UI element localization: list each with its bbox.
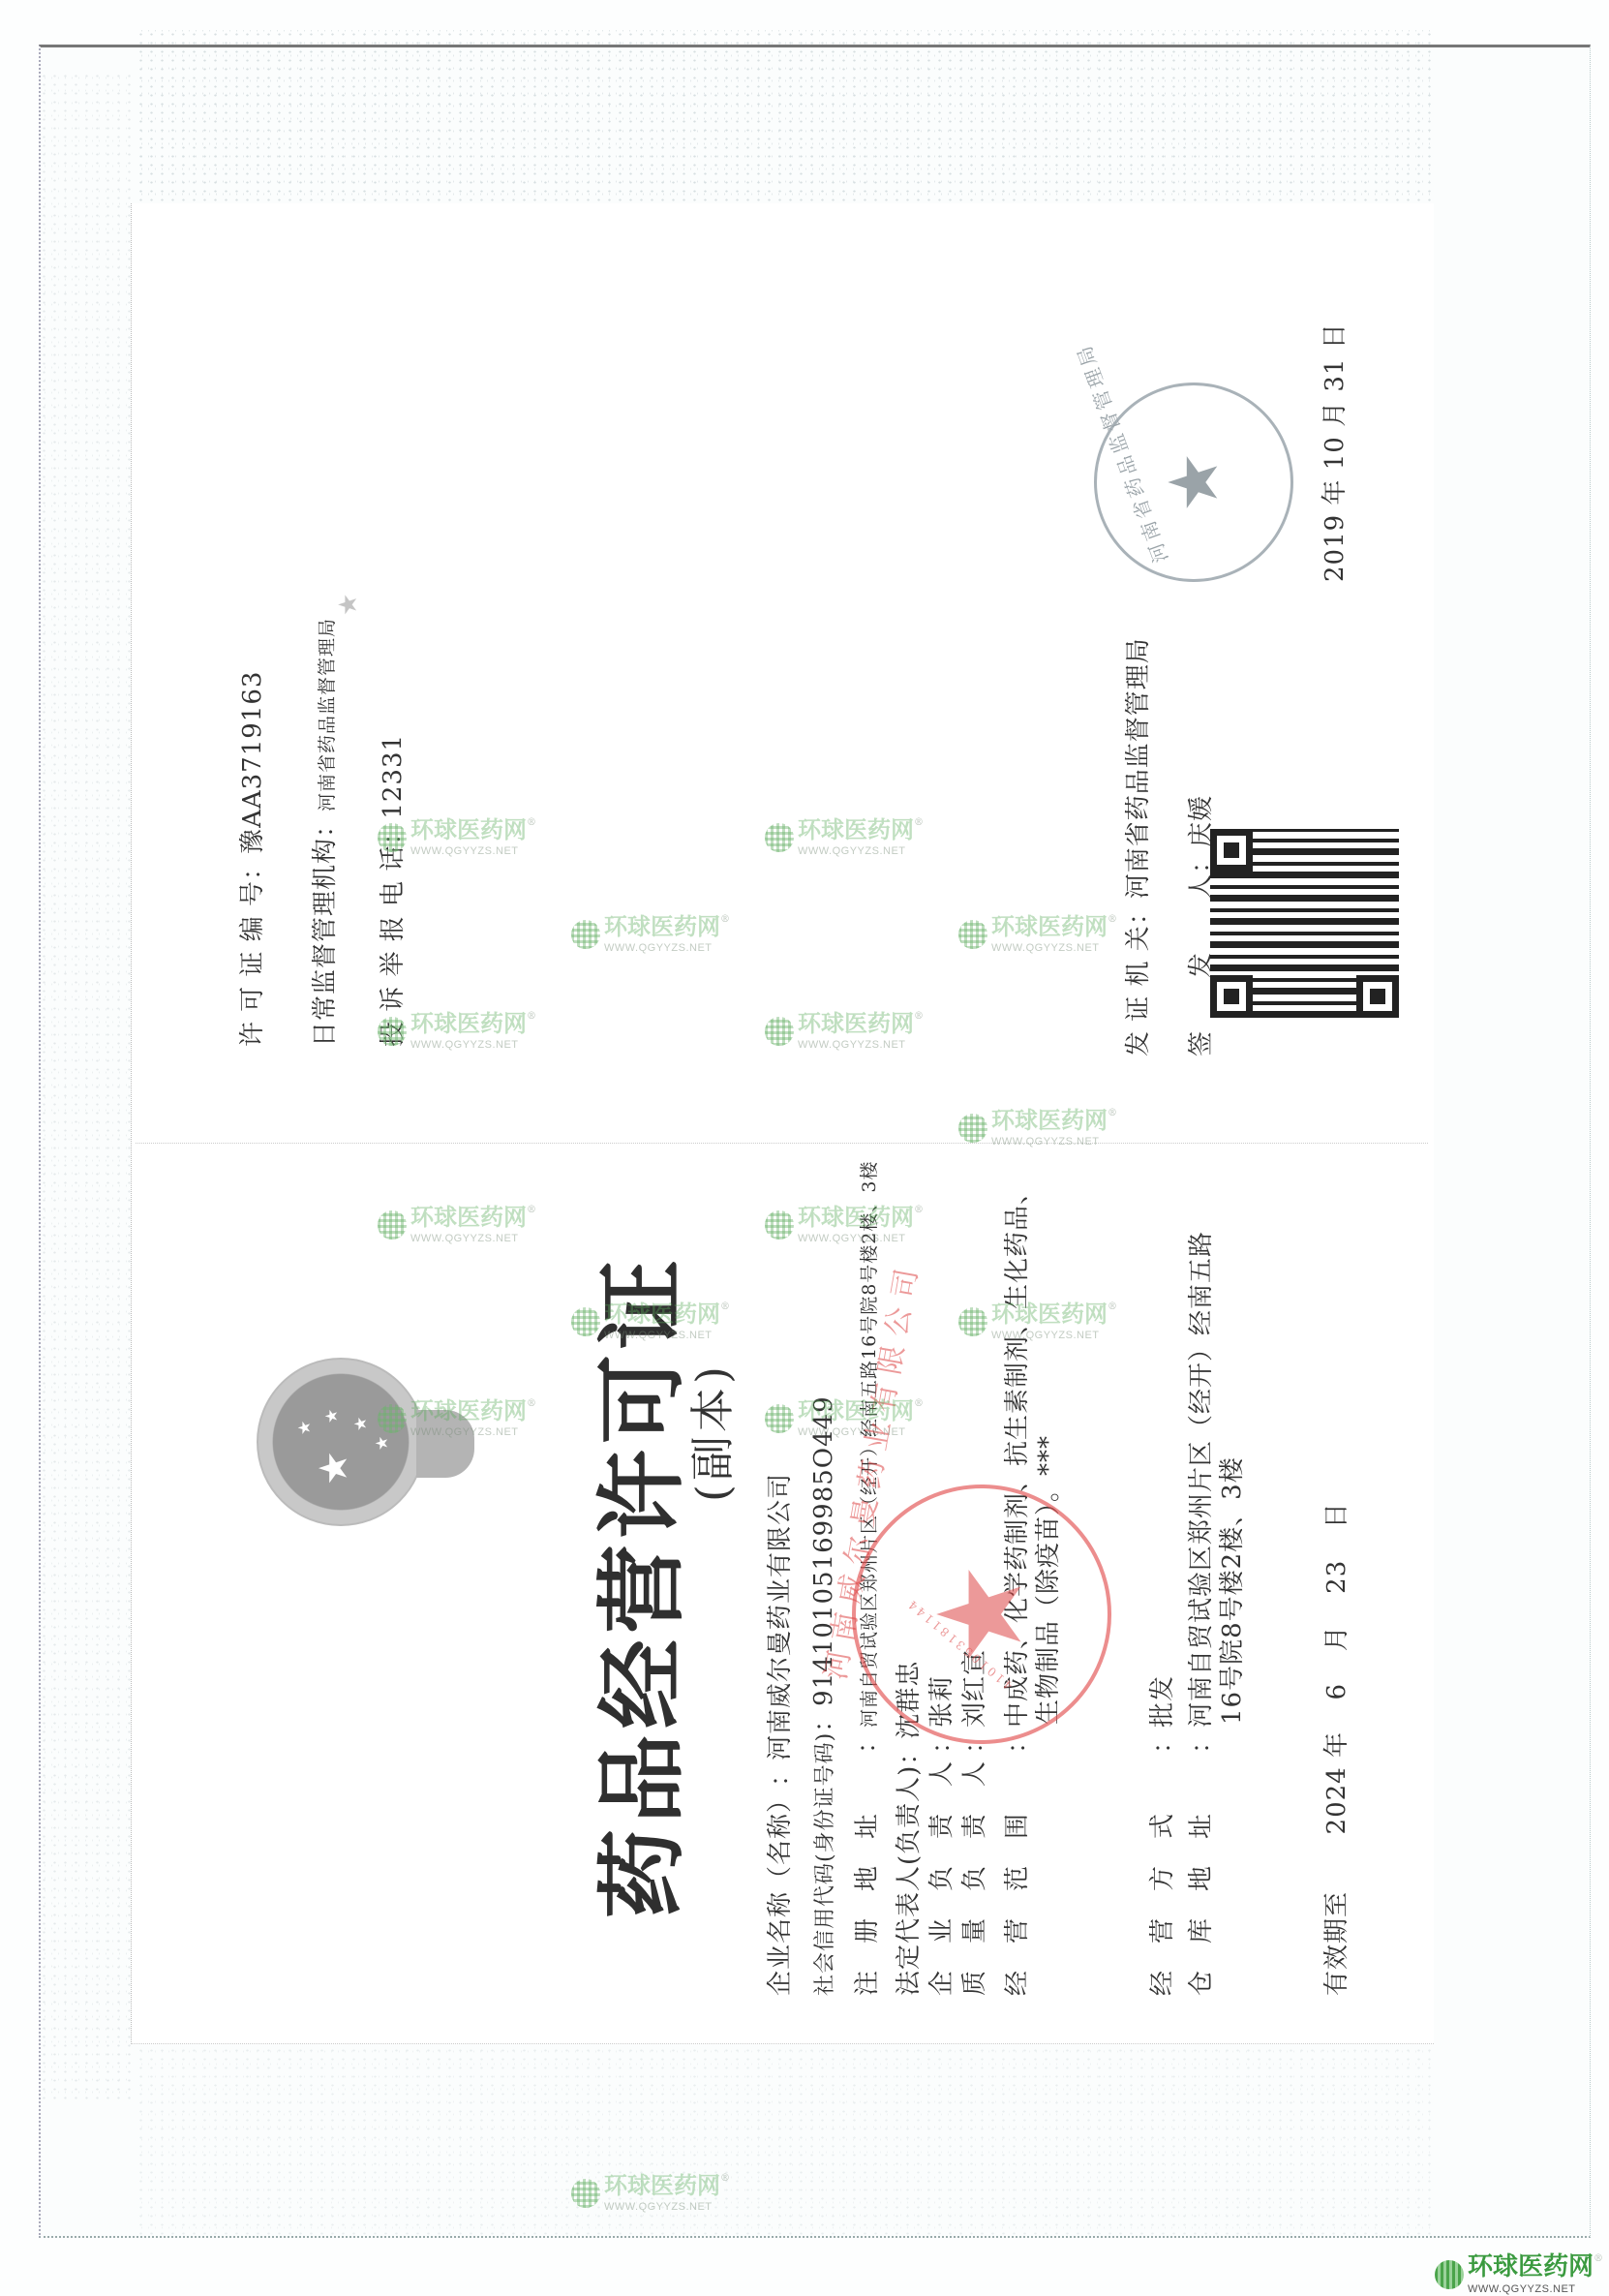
day-unit: 日 [1321, 322, 1350, 349]
year-unit: 年 [1321, 479, 1350, 505]
national-emblem: ★ ★ ★ ★ ★ [257, 1358, 425, 1526]
globe-icon [571, 2179, 600, 2208]
qr-code[interactable] [1210, 829, 1399, 1018]
field-label: 企业名称（名称） [760, 1787, 796, 1996]
watermark: 环球医药网®WWW.QGYYZS.NET [571, 915, 730, 954]
complaint-phone: 投 诉 举 报 电 话：12331 [373, 734, 409, 1047]
validity-year: 2024 [1322, 1766, 1351, 1834]
scanned-certificate: ★ ★ ★ ★ ★ 药品经营许可证 (副本) 企业名称（名称）：河南威尔曼药业有… [0, 0, 1609, 2296]
watermark: 环球医药网®WWW.QGYYZS.NET [958, 1109, 1117, 1148]
globe-icon [958, 1114, 987, 1143]
globe-icon [765, 1017, 794, 1046]
supervisory-authority-value: 河南省药品监督管理局 [317, 618, 338, 811]
issue-day: 31 [1321, 358, 1350, 392]
year-unit: 年 [1322, 1731, 1351, 1758]
field-label: 企 业 负 责 人 [922, 1754, 957, 1996]
field-value: 16号院8号楼2楼、3楼 [1218, 1456, 1247, 1725]
field-label: 仓 库 地 址 [1181, 1754, 1217, 1996]
watermark: 环球医药网®WWW.QGYYZS.NET [765, 1012, 924, 1051]
field-label: 经 营 方 式 [1142, 1754, 1178, 1996]
seal-star-icon: ★ [924, 1562, 1040, 1667]
field-label: 社会信用代码(身份证号码) [808, 1732, 838, 1996]
complaint-phone-value: 12331 [379, 734, 408, 819]
watermark: 环球医药网®WWW.QGYYZS.NET [571, 2174, 730, 2213]
globe-icon [765, 823, 794, 852]
month-unit: 月 [1322, 1625, 1351, 1651]
watermark: 环球医药网®WWW.QGYYZS.NET [378, 1206, 536, 1244]
field-value: 批发 [1148, 1675, 1177, 1728]
watermark: 环球医药网®WWW.QGYYZS.NET [378, 1012, 536, 1051]
globe-icon [378, 1404, 407, 1433]
watermark: 环球医药网®WWW.QGYYZS.NET [378, 818, 536, 857]
license-number: 许 可 证 编 号：豫AA3719163 [232, 671, 268, 1047]
certificate-subtitle: (副本) [678, 1362, 742, 1502]
scan-noise [136, 30, 1433, 204]
month-unit: 月 [1321, 401, 1350, 427]
field-label: 注 册 地 址 [847, 1754, 883, 1996]
company-seal: ★ 4101053181144 河南威尔曼药业有限公司 [852, 1485, 1111, 1744]
seal-star-icon: ★ [1160, 452, 1228, 513]
watermark: 环球医药网®WWW.QGYYZS.NET [765, 818, 924, 857]
globe-icon [958, 1307, 987, 1336]
field-label: 质 量 负 责 人 [955, 1754, 990, 1996]
globe-icon [958, 920, 987, 949]
issue-year: 2019 [1321, 514, 1350, 582]
emblem-star-icon: ★ [353, 1417, 370, 1431]
page-divider [136, 1143, 1428, 1144]
supervisory-authority: 日常监督管理机构：河南省药品监督管理局 [305, 618, 341, 1047]
emblem-star-icon: ★ [375, 1436, 391, 1451]
watermark: 环球医药网®WWW.QGYYZS.NET [958, 915, 1117, 954]
qr-finder [1210, 829, 1253, 872]
validity-day: 23 [1322, 1560, 1351, 1594]
scan-noise [136, 2044, 1433, 2238]
field-credit-code: 社会信用代码(身份证号码)：91410105169985O449 [804, 1395, 839, 1996]
field-label: 许 可 证 编 号： [238, 854, 267, 1047]
issuing-authority-value: 河南省药品监督管理局 [1124, 637, 1153, 899]
watermark: 环球医药网®WWW.QGYYZS.NET [571, 1302, 730, 1341]
field-label: 经 营 范 围 [997, 1754, 1033, 1996]
field-value: 河南威尔曼药业有限公司 [766, 1473, 795, 1760]
validity-month: 6 [1322, 1683, 1351, 1700]
validity-label: 有效期至 [1322, 1891, 1351, 1996]
emblem-star-icon: ★ [315, 1451, 353, 1485]
issue-date: 2019 年 10 月 31 日 [1315, 322, 1351, 582]
faint-star-icon: ★ [334, 594, 363, 616]
field-label: 发 证 机 关： [1124, 899, 1153, 1056]
qr-finder [1210, 975, 1253, 1018]
globe-icon [571, 920, 600, 949]
globe-icon [1435, 2260, 1464, 2289]
scan-noise [39, 69, 131, 2102]
globe-icon [378, 1210, 407, 1240]
watermark: 环球医药网®WWW.QGYYZS.NET [765, 1206, 924, 1244]
globe-icon [765, 1404, 794, 1433]
watermark: 环球医药网®WWW.QGYYZS.NET [765, 1399, 924, 1438]
globe-icon [765, 1210, 794, 1240]
day-unit: 日 [1322, 1502, 1351, 1528]
watermark: 环球医药网®WWW.QGYYZS.NET [958, 1302, 1117, 1341]
globe-icon [378, 823, 407, 852]
field-company-name: 企业名称（名称）：河南威尔曼药业有限公司 [760, 1473, 796, 1996]
issuer-seal: ★ 河南省药品监督管理局 [1094, 383, 1293, 582]
qr-finder [1356, 975, 1399, 1018]
globe-icon [378, 1017, 407, 1046]
field-label: 日常监督管理机构： [311, 811, 340, 1047]
field-label: 法定代表人(负责人) [889, 1765, 925, 1996]
certificate-title: 药品经营许可证 [571, 1254, 699, 1918]
field-business-mode: 经 营 方 式：批发 [1142, 1675, 1178, 1996]
issuing-authority: 发 证 机 关：河南省药品监督管理局 [1118, 637, 1154, 1056]
field-warehouse-address-line2: 16号院8号楼2楼、3楼 [1212, 1456, 1248, 1725]
emblem-star-icon: ★ [324, 1409, 341, 1424]
validity-date: 有效期至 2024 年 6 月 23 日 [1317, 1502, 1352, 1996]
emblem-star-icon: ★ [297, 1421, 314, 1435]
issue-month: 10 [1321, 436, 1350, 470]
site-brand-logo: 环球医药网®WWW.QGYYZS.NET [1435, 2254, 1603, 2295]
globe-icon [571, 1307, 600, 1336]
license-number-value: 豫AA3719163 [238, 671, 267, 854]
watermark: 环球医药网®WWW.QGYYZS.NET [378, 1399, 536, 1438]
